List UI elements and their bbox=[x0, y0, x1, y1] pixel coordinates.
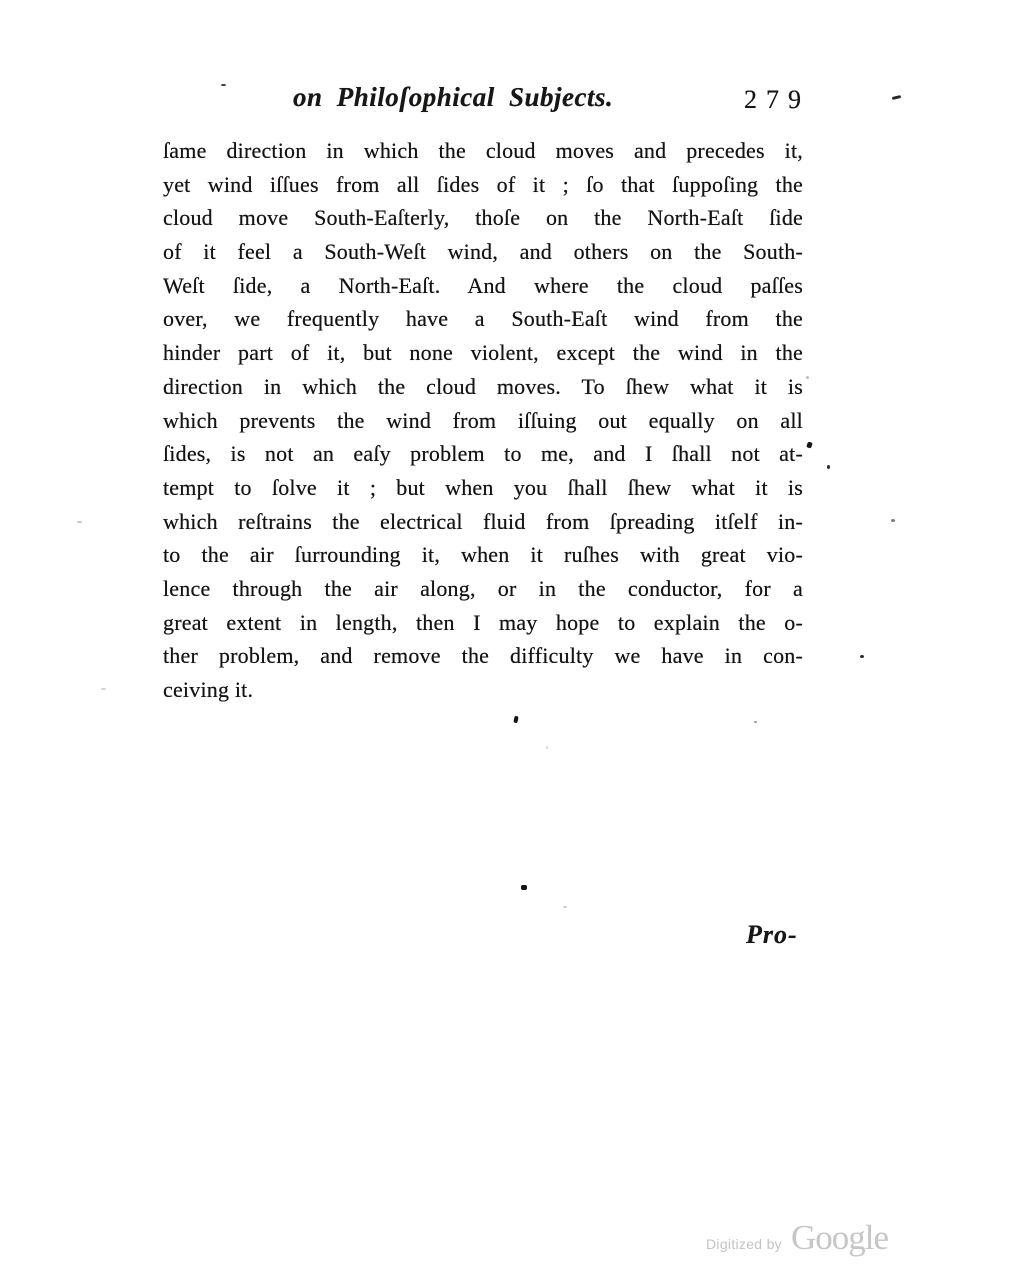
body-line: of it feel a South-Weſt wind, and others… bbox=[163, 235, 803, 269]
scan-speck bbox=[101, 688, 106, 690]
catchword: Pro- bbox=[746, 920, 798, 950]
body-line: which prevents the wind from iſſuing out… bbox=[163, 404, 803, 438]
scan-speck bbox=[892, 95, 901, 100]
body-line: tempt to ſolve it ; but when you ſhall ſ… bbox=[163, 471, 803, 505]
watermark-prefix: Digitized by bbox=[706, 1236, 782, 1252]
scan-speck bbox=[754, 721, 757, 723]
scan-speck bbox=[77, 521, 82, 523]
scan-speck bbox=[521, 885, 527, 890]
body-line: ſame direction in which the cloud moves … bbox=[163, 134, 803, 168]
scan-speck bbox=[563, 906, 567, 908]
page-number: 279 bbox=[744, 85, 810, 115]
scan-speck bbox=[513, 716, 518, 724]
scan-speck bbox=[860, 655, 864, 658]
google-logo: Google bbox=[791, 1218, 888, 1258]
book-page-scan: on Philoſophical Subjects. 279 ſame dire… bbox=[0, 0, 1014, 1282]
scan-speck bbox=[827, 465, 830, 469]
body-line: hinder part of it, but none violent, exc… bbox=[163, 336, 803, 370]
body-line: cloud move South-Eaſterly, thoſe on the … bbox=[163, 201, 803, 235]
body-line: over, we frequently have a South-Eaſt wi… bbox=[163, 302, 803, 336]
running-header-title: on Philoſophical Subjects. bbox=[293, 82, 613, 113]
body-line: direction in which the cloud moves. To ſ… bbox=[163, 370, 803, 404]
body-paragraph: ſame direction in which the cloud moves … bbox=[163, 134, 803, 707]
body-line: lence through the air along, or in the c… bbox=[163, 572, 803, 606]
scan-speck bbox=[806, 376, 809, 379]
digitized-by-google-watermark: Digitized by Google bbox=[706, 1218, 888, 1258]
scan-speck bbox=[221, 84, 226, 86]
body-line: Weſt ſide, a North-Eaſt. And where the c… bbox=[163, 269, 803, 303]
scan-speck bbox=[546, 746, 548, 749]
scan-speck bbox=[806, 441, 813, 448]
body-line: to the air ſurrounding it, when it ruſhe… bbox=[163, 538, 803, 572]
body-line: ſides, is not an eaſy problem to me, and… bbox=[163, 437, 803, 471]
body-line: great extent in length, then I may hope … bbox=[163, 606, 803, 640]
body-line: which reſtrains the electrical fluid fro… bbox=[163, 505, 803, 539]
body-line: ther problem, and remove the difficulty … bbox=[163, 639, 803, 673]
body-line: ceiving it. bbox=[163, 673, 803, 707]
body-line: yet wind iſſues from all ſides of it ; ſ… bbox=[163, 168, 803, 202]
scan-speck bbox=[891, 519, 895, 522]
